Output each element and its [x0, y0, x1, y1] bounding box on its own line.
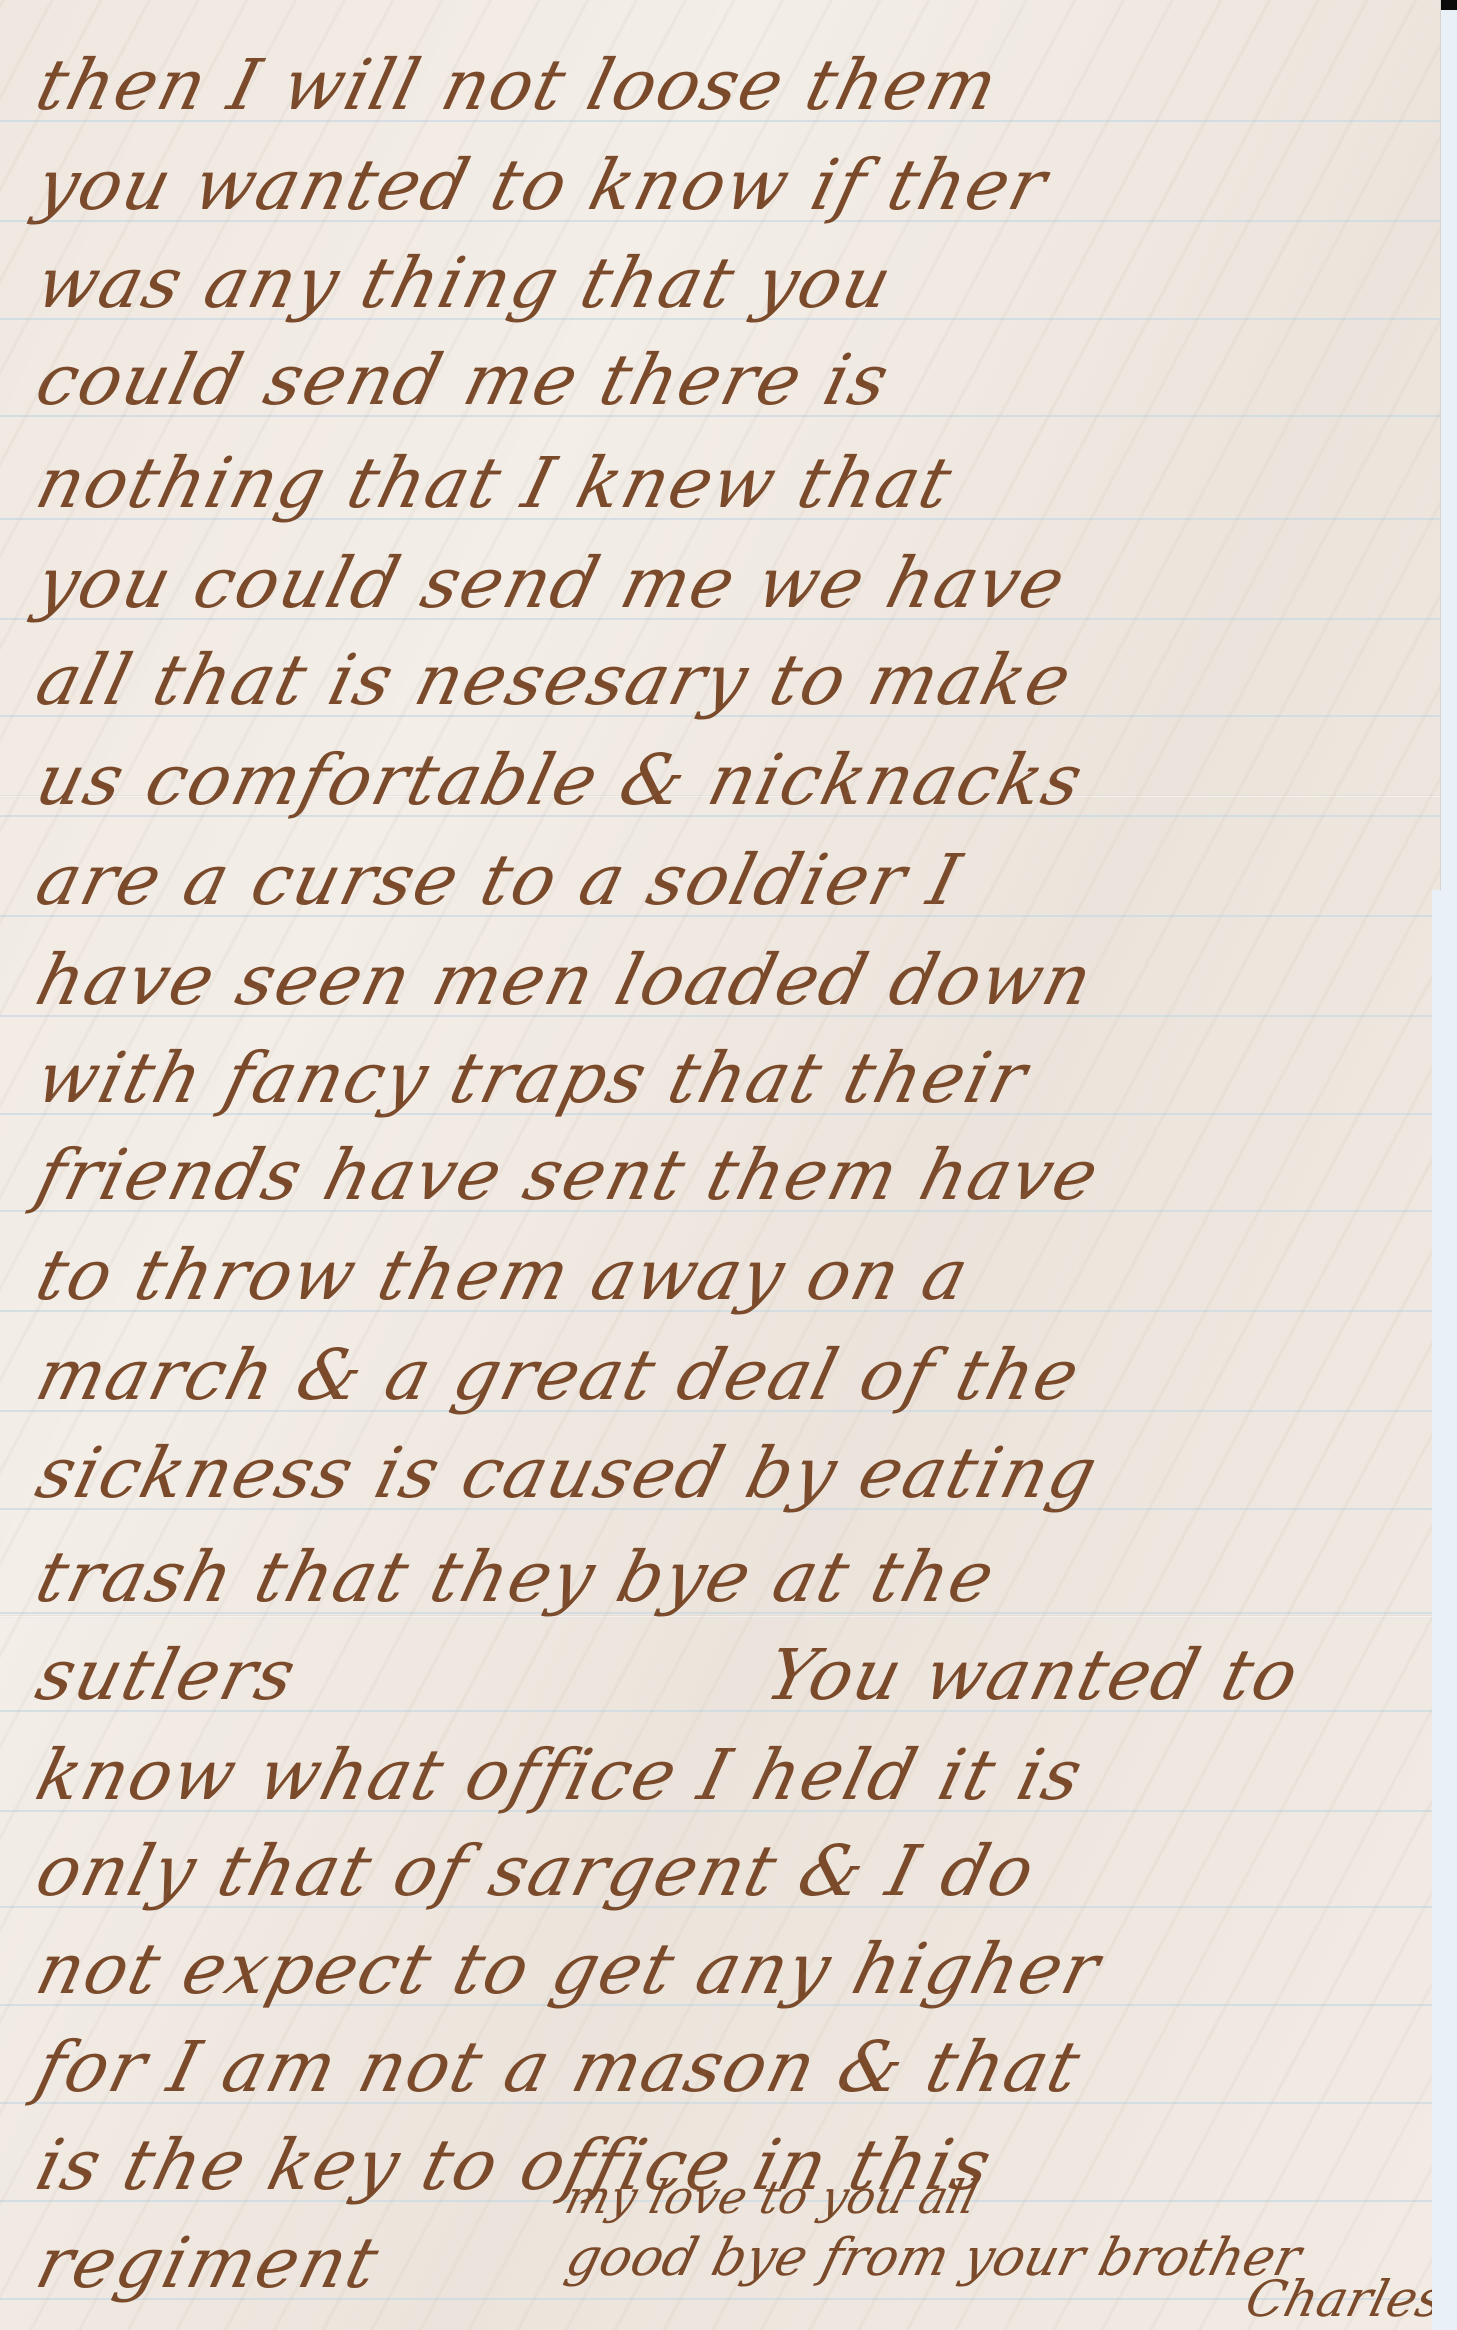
letter-line: have seen men loaded down	[30, 945, 1100, 1015]
closing-goodbye: good bye from your brother	[560, 2228, 1307, 2288]
letter-line: only that of sargent & I do	[30, 1836, 1043, 1906]
closing-interlinear: my love to you all	[560, 2170, 984, 2224]
letter-line: all that is nesesary to make	[30, 645, 1079, 715]
letter-line: us comfortable & nicknacks	[30, 745, 1091, 815]
letter-line: march & a great deal of the	[30, 1340, 1087, 1410]
letter-line: nothing that I knew that	[30, 448, 960, 518]
letter-line: with fancy traps that their	[30, 1043, 1035, 1113]
torn-edge	[1432, 890, 1444, 2330]
letter-line: was any thing that you	[30, 248, 900, 318]
letter-line: for I am not a mason & that	[30, 2032, 1088, 2102]
letter-line: regiment	[30, 2228, 387, 2298]
letter-line: sutlers	[30, 1640, 304, 1710]
letter-line: could send me there is	[30, 345, 897, 415]
signature: Charles	[1240, 2270, 1450, 2328]
letter-page: then I will not loose them you wanted to…	[0, 0, 1440, 2330]
letter-line: not expect to get any higher	[30, 1934, 1108, 2004]
letter-line: are a curse to a soldier I	[30, 845, 969, 915]
letter-line: know what office I held it is	[30, 1740, 1091, 1810]
scan-corner	[1437, 0, 1457, 10]
letter-line-continuation: You wanted to	[760, 1640, 1307, 1710]
letter-line: you could send me we have	[30, 548, 1073, 618]
letter-line: then I will not loose them	[30, 50, 1006, 120]
letter-line: to throw them away on a	[30, 1240, 977, 1310]
letter-line: friends have sent them have	[30, 1140, 1107, 1210]
letter-line: sickness is caused by eating	[30, 1438, 1105, 1508]
letter-line: trash that they bye at the	[30, 1542, 1003, 1612]
letter-line: you wanted to know if ther	[30, 150, 1055, 220]
